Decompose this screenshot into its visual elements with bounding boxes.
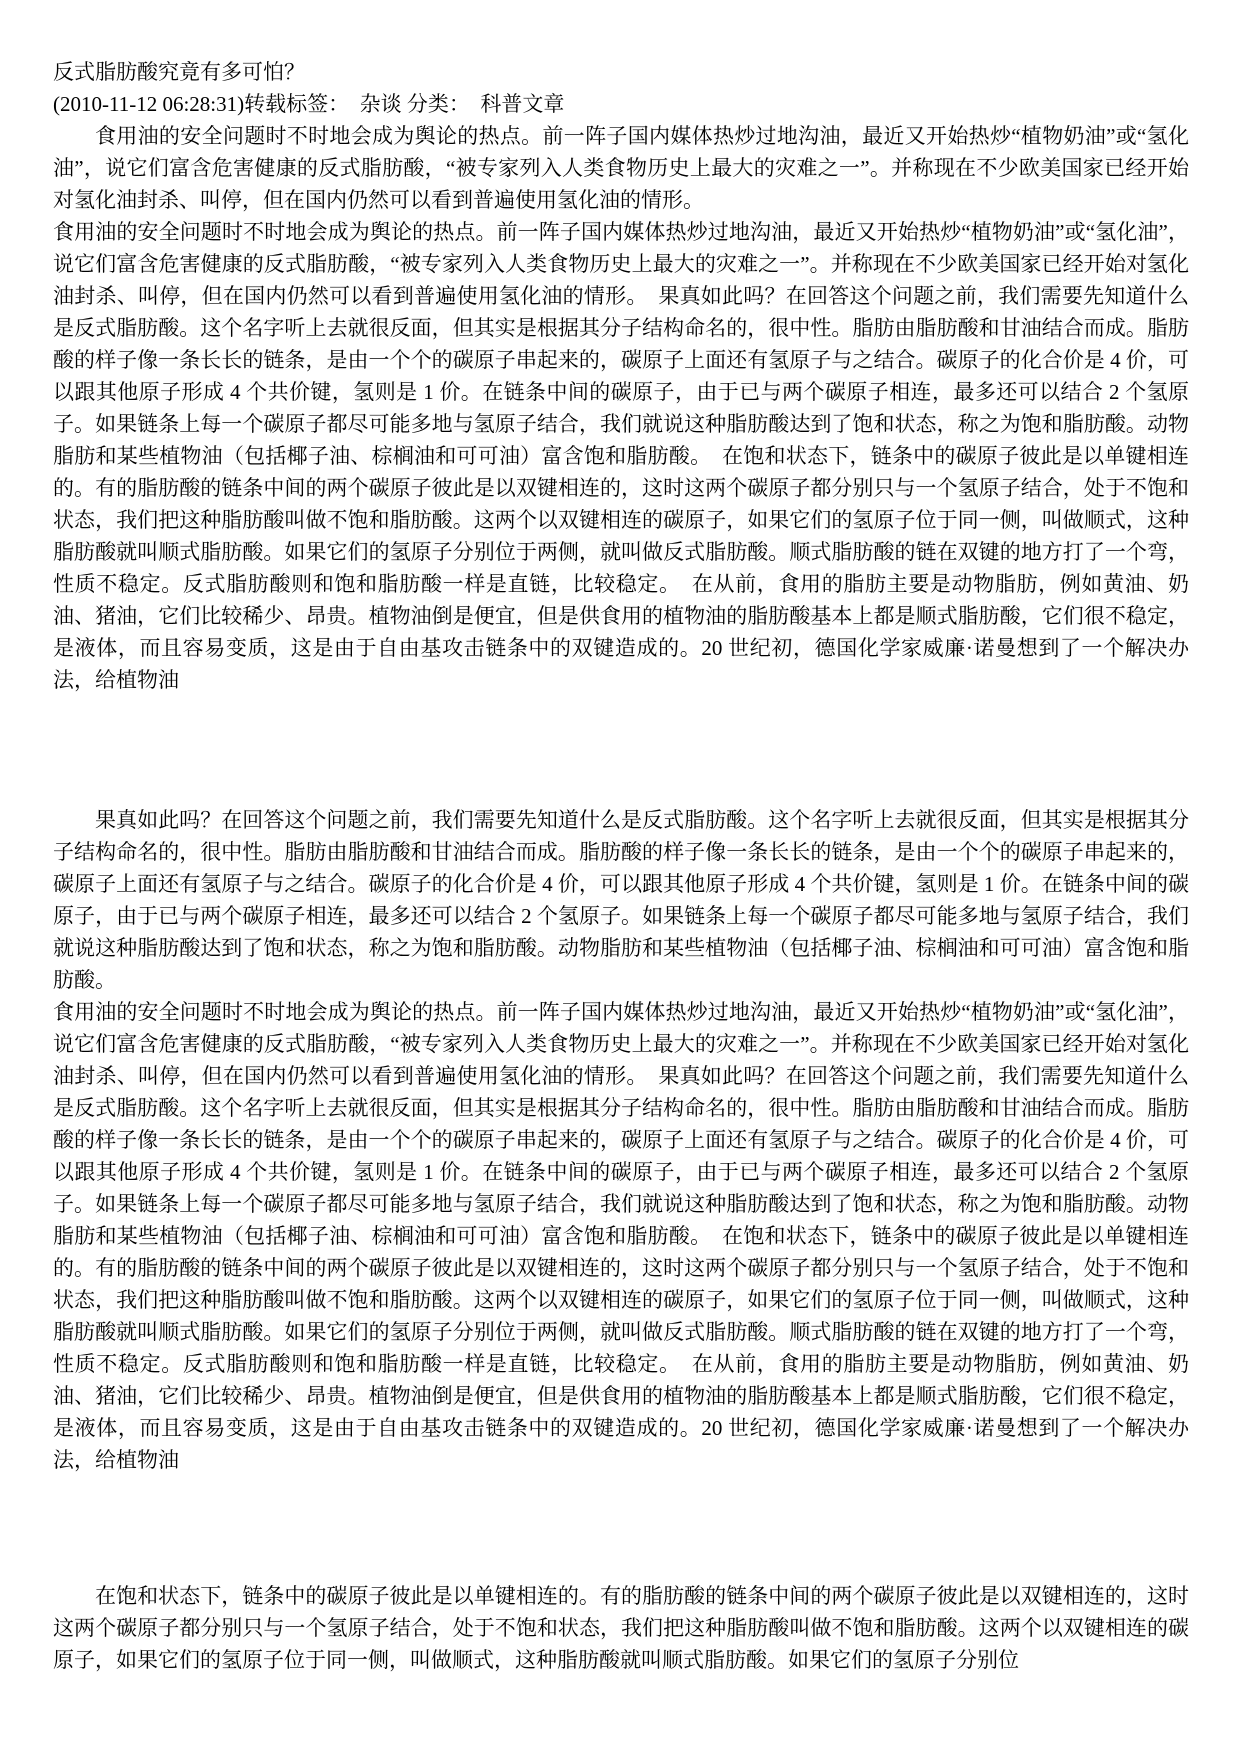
paragraph-body-1: 食用油的安全问题时不时地会成为舆论的热点。前一阵子国内媒体热炒过地沟油，最近又开… bbox=[53, 216, 1189, 696]
paragraph-intro: 食用油的安全问题时不时地会成为舆论的热点。前一阵子国内媒体热炒过地沟油，最近又开… bbox=[53, 120, 1189, 216]
paragraph-answer: 果真如此吗？在回答这个问题之前，我们需要先知道什么是反式脂肪酸。这个名字听上去就… bbox=[53, 804, 1189, 996]
post-meta: (2010-11-12 06:28:31)转载标签： 杂谈 分类： 科普文章 bbox=[53, 88, 1189, 120]
paragraph-saturation: 在饱和状态下，链条中的碳原子彼此是以单键相连的。有的脂肪酸的链条中间的两个碳原子… bbox=[53, 1580, 1189, 1676]
paragraph-body-2: 食用油的安全问题时不时地会成为舆论的热点。前一阵子国内媒体热炒过地沟油，最近又开… bbox=[53, 996, 1189, 1476]
document-page: 反式脂肪酸究竟有多可怕？ (2010-11-12 06:28:31)转载标签： … bbox=[0, 0, 1241, 1754]
page-title: 反式脂肪酸究竟有多可怕？ bbox=[53, 56, 1189, 88]
